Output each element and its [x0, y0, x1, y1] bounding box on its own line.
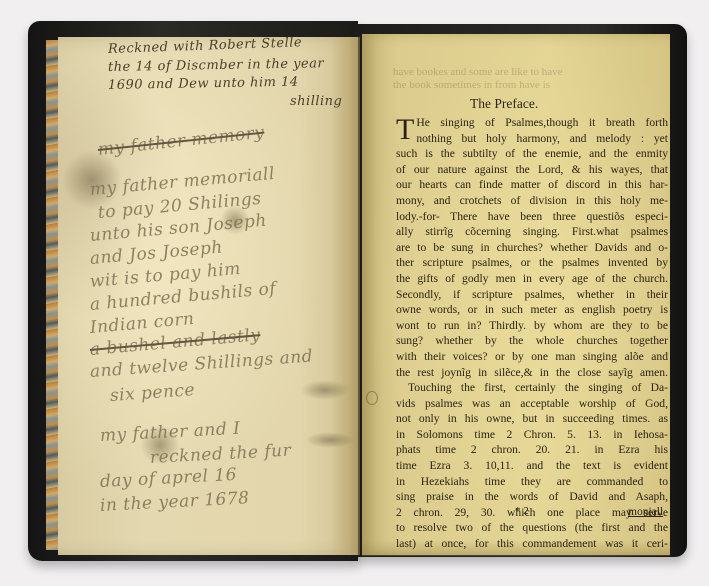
text-line: sing praise in the words of David and As…: [396, 489, 668, 505]
text-line: the gifts of godly men in every age of t…: [396, 271, 668, 287]
text-line: the rest joynĩg in silẽce,& in the close…: [396, 365, 668, 381]
text-line: mony, and crotchets of division in this …: [396, 193, 668, 209]
gutter-shadow: [330, 37, 360, 555]
text-line: ther scripture psalmes, or the psalmes i…: [396, 255, 668, 271]
text-line: not only in his owne, but in succeeding …: [396, 411, 668, 427]
drop-cap: T: [396, 117, 414, 143]
text-line: time Ezra 3. 10,11. and the text is evid…: [396, 458, 668, 474]
text-line: Touching the first, certainly the singin…: [396, 380, 668, 396]
text-line: in Solomons time 2 Chron. 5. 13. in Ieho…: [396, 427, 668, 443]
text-line: are to be sung in churches? whether Davi…: [396, 240, 668, 256]
text-line: in Hezekiahs time they are commanded to: [396, 474, 668, 490]
open-book-photo: Reckned with Robert Stelle the 14 of Dis…: [0, 0, 709, 586]
show-through-text: have bookes and some are like to have th…: [393, 66, 663, 92]
inscription-line: shilling: [290, 94, 342, 109]
text-line: of our nature against the Lord, & his wa…: [396, 162, 668, 178]
text-line: sung? whether by the whole churches toge…: [396, 333, 668, 349]
ink-smudge: [305, 432, 355, 448]
text-line: last) at once, for this commandement was…: [396, 536, 668, 552]
ghost-line: the book sometimes in from have is: [393, 79, 663, 92]
ghost-line: have bookes and some are like to have: [393, 66, 663, 79]
text-line: Secondly, if scripture psalmes, whether …: [396, 287, 668, 303]
text-line: owne words, or in such meter as english …: [396, 302, 668, 318]
text-line: He singing of Psalmes,though it breath f…: [396, 115, 668, 131]
text-line: vids psalmes was an acceptable worship o…: [396, 396, 668, 412]
text-line: nothing but holy harmony, and melody : y…: [396, 131, 668, 147]
text-line: our hearts can finde matter of discord i…: [396, 177, 668, 193]
preface-text: T He singing of Psalmes,though it breath…: [396, 115, 668, 552]
text-line: wont to run in? Thirdly. by whom are the…: [396, 318, 668, 334]
preface-heading: The Preface.: [470, 96, 538, 112]
binding-hole: [366, 391, 378, 405]
text-line: ally stirrĩg cõcerning singing. First.wh…: [396, 224, 668, 240]
text-line: to resolve two of the questions (the fir…: [396, 520, 668, 536]
text-line: phats time 2 chron. 20. 21. in Ezra his: [396, 442, 668, 458]
text-line: with their voices? or by one man singing…: [396, 349, 668, 365]
signature-mark: * 2: [515, 505, 529, 517]
ink-smudge: [300, 380, 350, 400]
text-line: lody.-for- There have been three questiõ…: [396, 209, 668, 225]
catchword: moniall: [628, 506, 663, 518]
text-line: such is the subtilty of the enemie, and …: [396, 146, 668, 162]
